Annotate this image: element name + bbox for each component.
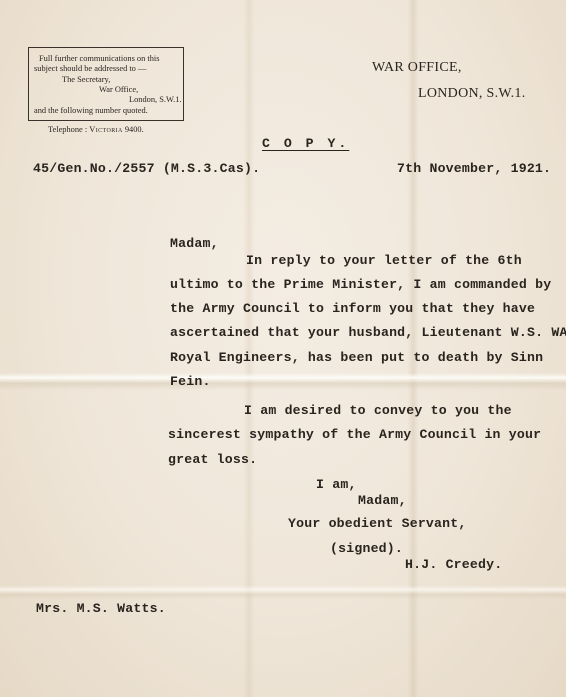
signatory-name: H.J. Creedy.: [405, 557, 502, 572]
correspondence-address-box: Full further communications on this subj…: [28, 47, 184, 121]
body-line: ascertained that your husband, Lieutenan…: [170, 325, 566, 340]
address-box-line: The Secretary,: [62, 75, 110, 86]
address-box-line: subject should be addressed to —: [34, 64, 146, 75]
body-line: great loss.: [168, 452, 257, 467]
body-line: the Army Council to inform you that they…: [170, 301, 535, 316]
address-box-line: London, S.W.1.: [129, 95, 182, 106]
copy-label: C O P Y.: [262, 136, 349, 151]
recipient-name: Mrs. M.S. Watts.: [36, 601, 166, 616]
address-box-line: War Office,: [99, 85, 138, 96]
reference-number: 45/Gen.No./2557 (M.S.3.Cas).: [33, 161, 260, 176]
office-name: WAR OFFICE,: [372, 60, 462, 76]
body-line: I am desired to convey to you the: [244, 403, 512, 418]
address-box-line: Full further communications on this: [39, 54, 160, 65]
closing-line: Your obedient Servant,: [288, 516, 467, 531]
body-line: ultimo to the Prime Minister, I am comma…: [170, 277, 551, 292]
closing-line: I am,: [316, 477, 357, 492]
letter-date: 7th November, 1921.: [397, 161, 551, 176]
telephone-number: 9400.: [125, 125, 144, 134]
body-line: sincerest sympathy of the Army Council i…: [168, 427, 541, 442]
salutation: Madam,: [170, 236, 219, 251]
closing-line: Madam,: [358, 493, 407, 508]
telephone-line: Telephone : Victoria 9400.: [48, 125, 144, 134]
telephone-label: Telephone :: [48, 125, 87, 134]
body-line: In reply to your letter of the 6th: [246, 253, 522, 268]
office-location: LONDON, S.W.1.: [418, 86, 526, 102]
closing-line: (signed).: [330, 541, 403, 556]
body-line: Fein.: [170, 374, 211, 389]
address-box-line: and the following number quoted.: [34, 106, 148, 117]
telephone-exchange: Victoria: [89, 125, 122, 134]
body-line: Royal Engineers, has been put to death b…: [170, 350, 543, 365]
letter-page: Full further communications on this subj…: [0, 0, 566, 697]
